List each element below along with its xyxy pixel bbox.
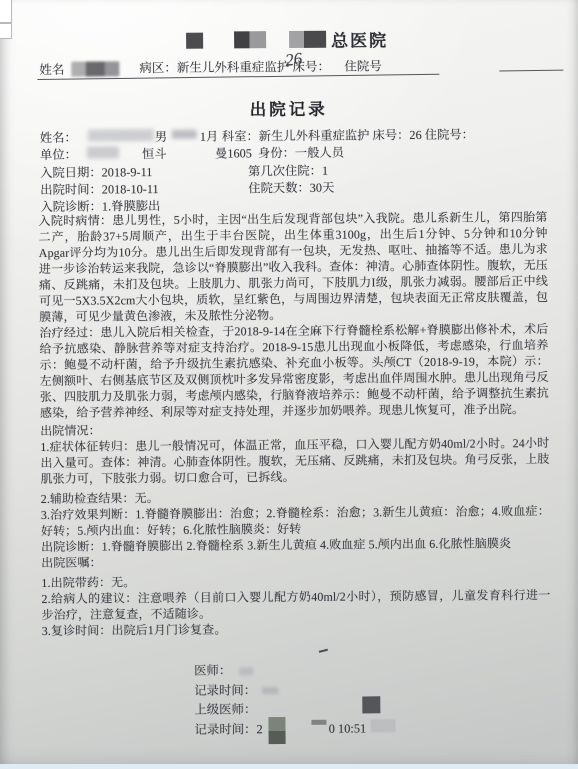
nth-admission-text: 第几次住院：1 (248, 160, 328, 179)
faint-smudge (294, 644, 338, 658)
redaction-block (289, 31, 326, 48)
sex-value: 男 (155, 127, 167, 145)
unit-fragment: 曼1605 (215, 144, 252, 162)
record-time2-line: 记录时间：20 10:51 (194, 719, 395, 740)
doctor-label: 医师： (194, 663, 231, 677)
document-page: 总医院 姓名 病区：新生儿外科重症监护 床号： 26 住院号 出院记录 姓名： … (0, 0, 578, 769)
admit-date-text: 入院日期：2018-9-11 (40, 162, 152, 181)
order-item-advice: 2.给病人的建议：注意喂养（目前口入婴儿配方奶40ml/2小时），预防感冒，儿童… (41, 587, 550, 623)
redacted-unit-blur (87, 147, 119, 159)
treatment-course-paragraph: 治疗经过：患儿入院后相关检查，于2018-9-14在全麻下行脊髓栓系松解+脊膜膨… (39, 321, 549, 421)
redaction-block (362, 696, 380, 713)
stay-days-text: 住院天数：30天 (248, 178, 334, 197)
admission-condition-paragraph: 入院时病情：患儿男性，5小时，主因“出生后发现背部包块”入我院。患儿系新生儿，第… (38, 209, 548, 325)
discharge-date-text: 出院时间：2018-10-11 (40, 179, 159, 198)
redaction-block (312, 720, 327, 725)
senior-doctor-label: 上级医师： (194, 702, 256, 716)
identity-text: 身份：一般人员 (258, 143, 344, 162)
redacted-doctor-signature (239, 667, 253, 675)
photo-bottom-strip (0, 764, 578, 769)
redaction-block (234, 31, 266, 48)
doctor-line: 医师： (194, 660, 395, 681)
name-label: 姓名： (40, 128, 77, 146)
record-time2-digit: 2 (256, 722, 262, 736)
record-time2-time: 0 10:51 (329, 721, 367, 735)
redacted-record-time (262, 687, 278, 694)
record-time2-label: 记录时间： (194, 722, 256, 736)
hospital-name: 总医院 (331, 26, 388, 51)
symptom-outcome-item: 1.症状体征转归：患儿一般情况可，体温正常，血压平稳，口入婴儿配方奶40ml/2… (40, 435, 549, 487)
redacted-name-blur (88, 129, 154, 142)
age-value: 1月 (200, 127, 219, 145)
underline-short (499, 70, 563, 72)
redacted-age-annotation (172, 130, 197, 139)
record-time-label: 记录时间： (194, 683, 256, 697)
signature-section: 医师： 记录时间： 上级医师： 记录时间：20 10:51 (194, 660, 395, 740)
redaction-block (370, 720, 395, 733)
header-name-label: 姓名 (39, 60, 64, 78)
redaction-block (269, 717, 286, 744)
order-item-followup: 3.复诊时间：出院后1月门诊复查。 (42, 619, 551, 639)
document-title: 出院记录 (0, 94, 578, 123)
redaction-block (186, 33, 203, 49)
handwritten-bed-number: 26 (284, 49, 303, 71)
record-body: 入院时病情：患儿男性，5小时，主因“出生后发现背部包块”入我院。患儿系新生儿，第… (38, 209, 550, 639)
header-admission-no-label: 住院号 (344, 56, 382, 74)
treatment-effect-item: 3.治疗效果判断：1.脊髓脊膜膨出：治愈；2.脊髓栓系：治愈；3.新生儿黄疸：治… (41, 503, 550, 539)
redacted-patient-name (71, 61, 119, 76)
unit-fragment: 恒斗 (142, 144, 167, 162)
document-photo: 总医院 姓名 病区：新生儿外科重症监护 床号： 26 住院号 出院记录 姓名： … (0, 0, 578, 769)
patient-info-section: 姓名： 男 1月 科室：新生儿外科重症监护 床号：26 住院号： 单位： 恒斗 … (40, 124, 553, 215)
unit-label: 单位： (40, 145, 77, 163)
